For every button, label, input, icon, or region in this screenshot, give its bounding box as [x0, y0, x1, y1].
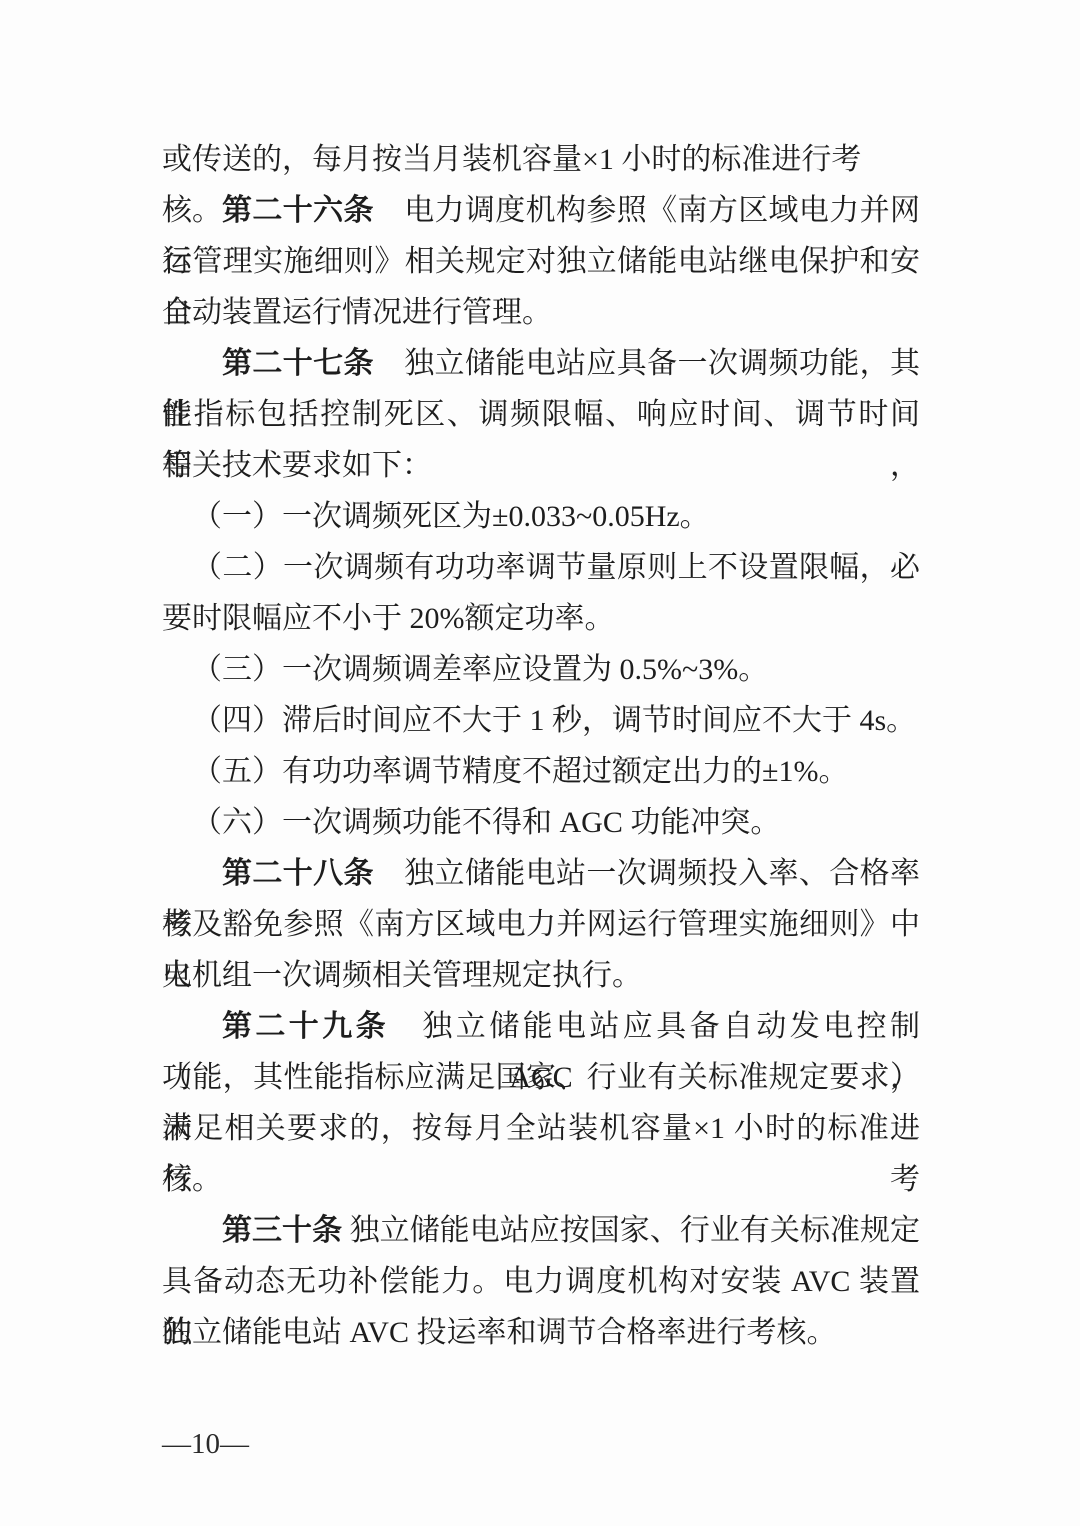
body-text: （五）有功功率调节精度不超过额定出力的±1%。 — [192, 755, 848, 788]
article-heading: 第三十条 — [222, 1214, 342, 1247]
body-text: 独立储能电站应按国家、行业有关标准规定 — [342, 1214, 920, 1247]
body-text: （六）一次调频功能不得和 AGC 功能冲突。 — [192, 806, 780, 839]
article-heading: 第二十九条 — [222, 1010, 389, 1043]
text-line: 核及豁免参照《南方区域电力并网运行管理实施细则》中火 — [162, 899, 920, 950]
body-text: 相关技术要求如下： — [162, 449, 432, 482]
text-line: 或传送的，每月按当月装机容量×1 小时的标准进行考核。 — [162, 134, 920, 185]
document-lines: 或传送的，每月按当月装机容量×1 小时的标准进行考核。第二十六条 电力调度机构参… — [162, 134, 920, 1358]
body-text: 自动装置运行情况进行管理。 — [162, 296, 552, 329]
body-text: 要时限幅应不小于 20%额定功率。 — [162, 602, 615, 635]
text-line: （一）一次调频死区为±0.033~0.05Hz。 — [162, 491, 920, 542]
text-line: （五）有功功率调节精度不超过额定出力的±1%。 — [162, 746, 920, 797]
article-heading: 第二十八条 — [222, 857, 374, 890]
document-page: 或传送的，每月按当月装机容量×1 小时的标准进行考核。第二十六条 电力调度机构参… — [0, 0, 1080, 1526]
text-line: 行管理实施细则》相关规定对独立储能电站继电保护和安全 — [162, 236, 920, 287]
body-text: 核。 — [162, 1163, 222, 1196]
body-text: （三）一次调频调差率应设置为 0.5%~3%。 — [192, 653, 768, 686]
text-line: 第二十六条 电力调度机构参照《南方区域电力并网运 — [162, 185, 920, 236]
body-text: 满足相关要求的，按每月全站装机容量×1 小时的标准进行考 — [162, 1112, 920, 1196]
body-text: 独立储能电站 AVC 投运率和调节合格率进行考核。 — [162, 1316, 836, 1349]
article-heading: 第二十六条 — [222, 194, 374, 227]
text-line: 独立储能电站 AVC 投运率和调节合格率进行考核。 — [162, 1307, 920, 1358]
text-line: 第二十八条 独立储能电站一次调频投入率、合格率考 — [162, 848, 920, 899]
text-line: 能指标包括控制死区、调频限幅、响应时间、调节时间等， — [162, 389, 920, 440]
text-line: （四）滞后时间应不大于 1 秒，调节时间应不大于 4s。 — [162, 695, 920, 746]
text-line: （三）一次调频调差率应设置为 0.5%~3%。 — [162, 644, 920, 695]
page-number: —10— — [162, 1419, 249, 1469]
text-line: （二）一次调频有功功率调节量原则上不设置限幅，必 — [162, 542, 920, 593]
text-line: 自动装置运行情况进行管理。 — [162, 287, 920, 338]
text-line: （六）一次调频功能不得和 AGC 功能冲突。 — [162, 797, 920, 848]
body-text: （一）一次调频死区为±0.033~0.05Hz。 — [192, 500, 710, 533]
text-line: 第三十条 独立储能电站应按国家、行业有关标准规定 — [162, 1205, 920, 1256]
body-text: （四）滞后时间应不大于 1 秒，调节时间应不大于 4s。 — [192, 704, 916, 737]
text-line: 要时限幅应不小于 20%额定功率。 — [162, 593, 920, 644]
body-text: 电机组一次调频相关管理规定执行。 — [162, 959, 642, 992]
article-heading: 第二十七条 — [222, 347, 374, 380]
text-line: 功能，其性能指标应满足国家、行业有关标准规定要求，未 — [162, 1052, 920, 1103]
text-line: 第二十七条 独立储能电站应具备一次调频功能，其性 — [162, 338, 920, 389]
text-line: 第二十九条 独立储能电站应具备自动发电控制（AGC） — [162, 1001, 920, 1052]
text-line: 满足相关要求的，按每月全站装机容量×1 小时的标准进行考 — [162, 1103, 920, 1154]
body-text: （二）一次调频有功功率调节量原则上不设置限幅，必 — [192, 551, 920, 584]
text-line: 具备动态无功补偿能力。电力调度机构对安装 AVC 装置的 — [162, 1256, 920, 1307]
text-line: 电机组一次调频相关管理规定执行。 — [162, 950, 920, 1001]
